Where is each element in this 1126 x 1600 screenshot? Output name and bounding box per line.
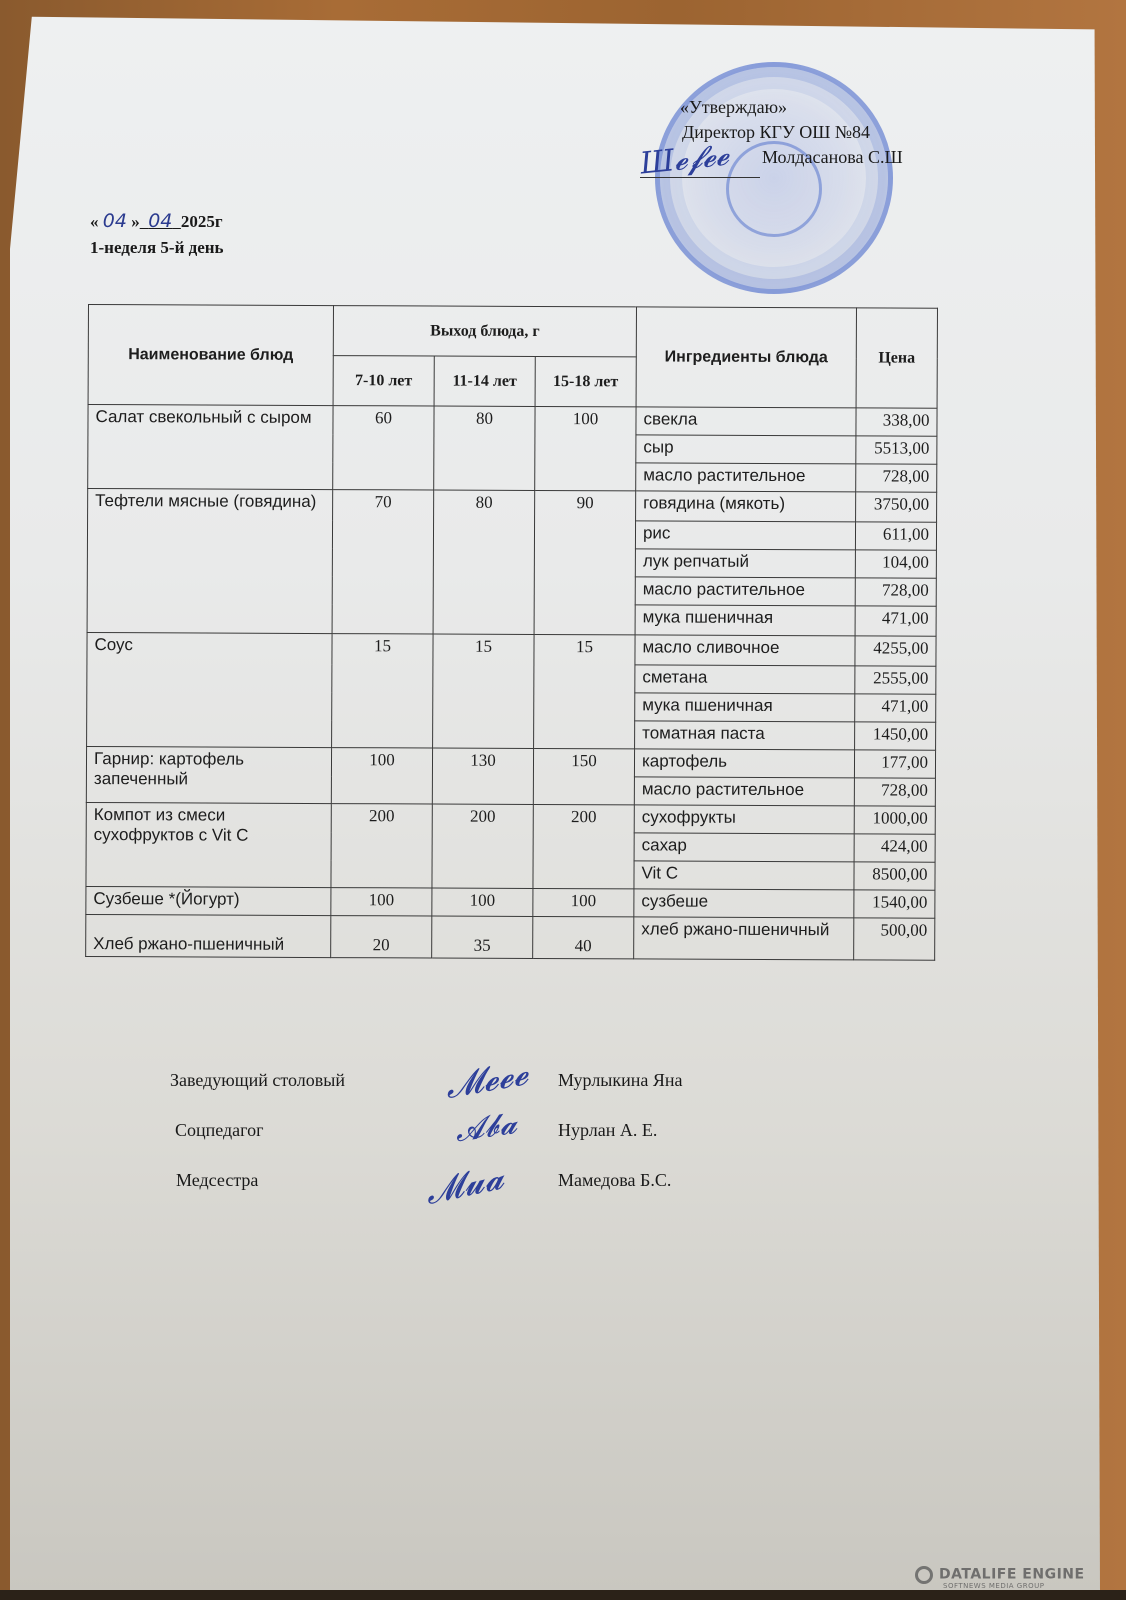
dish-yield: 200 [533, 804, 634, 888]
dish-name: Соус [87, 632, 332, 747]
ingredient-price: 728,00 [854, 778, 935, 806]
ingredient-price: 177,00 [854, 750, 935, 778]
ingredient-price: 338,00 [856, 408, 937, 436]
signature-line [640, 177, 760, 178]
week-day: 1-неделя 5-й день [90, 237, 224, 259]
ingredient-name: сметана [635, 665, 855, 694]
ingredient-price: 471,00 [855, 694, 936, 722]
ingredient-price: 8500,00 [854, 862, 935, 890]
signer-role: Соцпедагог [175, 1120, 264, 1141]
ingredient-price: 728,00 [856, 464, 937, 492]
dish-yield: 20 [331, 916, 432, 958]
ingredient-name: масло растительное [636, 463, 856, 492]
dish-yield: 150 [533, 748, 634, 804]
dish-yield: 40 [533, 916, 634, 958]
watermark-title: DATALIFE ENGINE [939, 1567, 1085, 1583]
ingredient-price: 3750,00 [856, 492, 937, 522]
date-day: 04 [103, 210, 127, 232]
header-age-7-10: 7-10 лет [333, 356, 434, 406]
date-block: « 04 » 04 2025г 1-неделя 5-й день [90, 208, 224, 259]
ingredient-price: 1540,00 [854, 890, 935, 918]
table-row: Сузбеше *(Йогурт)100100100сузбеше1540,00 [86, 886, 935, 918]
dish-name: Гарнир: картофель запеченный [86, 746, 331, 803]
signer-role: Медсестра [176, 1170, 258, 1191]
ingredient-name: лук репчатый [635, 549, 855, 578]
dish-yield: 15 [534, 634, 635, 748]
ingredient-name: масло сливочное [635, 635, 855, 666]
table-row: Компот из смеси сухофруктов с Vit C20020… [86, 802, 935, 834]
ingredient-name: масло растительное [635, 577, 855, 606]
date-year: 2025г [181, 212, 223, 231]
ingredient-name: картофель [634, 749, 854, 778]
table-row: Хлеб ржано-пшеничный203540хлеб ржано-пше… [86, 914, 935, 960]
dish-name: Сузбеше *(Йогурт) [86, 886, 331, 915]
dish-yield: 200 [432, 804, 533, 888]
ingredient-name: сузбеше [634, 889, 854, 918]
ingredient-price: 500,00 [854, 918, 935, 960]
table-row: Тефтели мясные (говядина)708090говядина … [88, 489, 937, 523]
dish-yield: 35 [432, 916, 533, 958]
dish-yield: 80 [433, 490, 535, 634]
ingredient-name: Vit C [634, 861, 854, 890]
signer-name: Нурлан А. Е. [558, 1120, 657, 1141]
ingredient-name: свекла [636, 407, 856, 436]
dish-name: Тефтели мясные (говядина) [87, 489, 333, 634]
ingredient-price: 1450,00 [855, 722, 936, 750]
ingredient-price: 104,00 [855, 550, 936, 578]
dish-name: Хлеб ржано-пшеничный [86, 914, 331, 957]
dish-yield: 200 [331, 804, 432, 888]
table-row: Соус151515масло сливочное4255,00 [87, 632, 936, 666]
signer-name: Мамедова Б.С. [558, 1170, 671, 1191]
dish-yield: 15 [433, 634, 534, 748]
approval-title: «Утверждаю» [680, 95, 903, 120]
ingredient-price: 4255,00 [855, 636, 936, 666]
date-line: « 04 » 04 2025г [90, 208, 224, 235]
header-age-11-14: 11-14 лет [434, 356, 535, 406]
header-yield: Выход блюда, г [333, 306, 636, 357]
ingredient-name: говядина (мякоть) [636, 491, 856, 522]
ingredient-price: 611,00 [855, 522, 936, 550]
menu-table: Наименование блюд Выход блюда, г Ингреди… [85, 304, 938, 961]
dish-yield: 130 [432, 748, 533, 804]
dish-yield: 100 [533, 888, 634, 916]
dish-yield: 100 [331, 888, 432, 916]
dish-yield: 100 [432, 888, 533, 916]
date-month: 04 [148, 210, 172, 232]
ingredient-name: томатная паста [635, 721, 855, 750]
ingredient-name: мука пшеничная [635, 605, 855, 636]
watermark: DATALIFE ENGINE SOFTNEWS MEDIA GROUP [915, 1564, 1085, 1590]
header-age-15-18: 15-18 лет [535, 356, 636, 406]
ingredient-name: хлеб ржано-пшеничный [634, 917, 854, 960]
menu-body: Салат свекольный с сыром6080100свекла338… [86, 405, 937, 961]
dish-yield: 70 [332, 490, 434, 634]
dish-yield: 80 [434, 406, 535, 490]
ingredient-price: 2555,00 [855, 666, 936, 694]
date-quote-open: « [90, 212, 99, 231]
ingredient-price: 1000,00 [854, 806, 935, 834]
signer-role: Заведующий столовый [170, 1070, 345, 1091]
signer-name: Мурлыкина Яна [558, 1070, 683, 1091]
ingredient-price: 424,00 [854, 834, 935, 862]
ingredient-price: 728,00 [855, 578, 936, 606]
dish-yield: 100 [535, 406, 636, 490]
datalife-logo-icon [915, 1566, 933, 1584]
dish-yield: 90 [534, 490, 636, 634]
ingredient-name: масло растительное [634, 777, 854, 806]
table-row: Гарнир: картофель запеченный100130150кар… [86, 746, 935, 778]
header-ingredients: Ингредиенты блюда [636, 307, 856, 408]
ingredient-name: рис [635, 521, 855, 550]
dish-yield: 15 [332, 634, 433, 748]
dish-name: Салат свекольный с сыром [88, 405, 333, 490]
ingredient-price: 5513,00 [856, 436, 937, 464]
header-price: Цена [856, 308, 937, 408]
desk-edge [0, 1590, 1126, 1600]
ingredient-name: сахар [634, 833, 854, 862]
header-dish-name: Наименование блюд [88, 305, 333, 406]
ingredient-name: сухофрукты [634, 805, 854, 834]
dish-yield: 100 [331, 748, 432, 804]
dish-name: Компот из смеси сухофруктов с Vit C [86, 802, 331, 887]
dish-yield: 60 [333, 406, 434, 490]
date-quote-close: » [131, 212, 140, 231]
ingredient-price: 471,00 [855, 606, 936, 636]
table-row: Салат свекольный с сыром6080100свекла338… [88, 405, 937, 437]
ingredient-name: мука пшеничная [635, 693, 855, 722]
ingredient-name: сыр [636, 435, 856, 464]
